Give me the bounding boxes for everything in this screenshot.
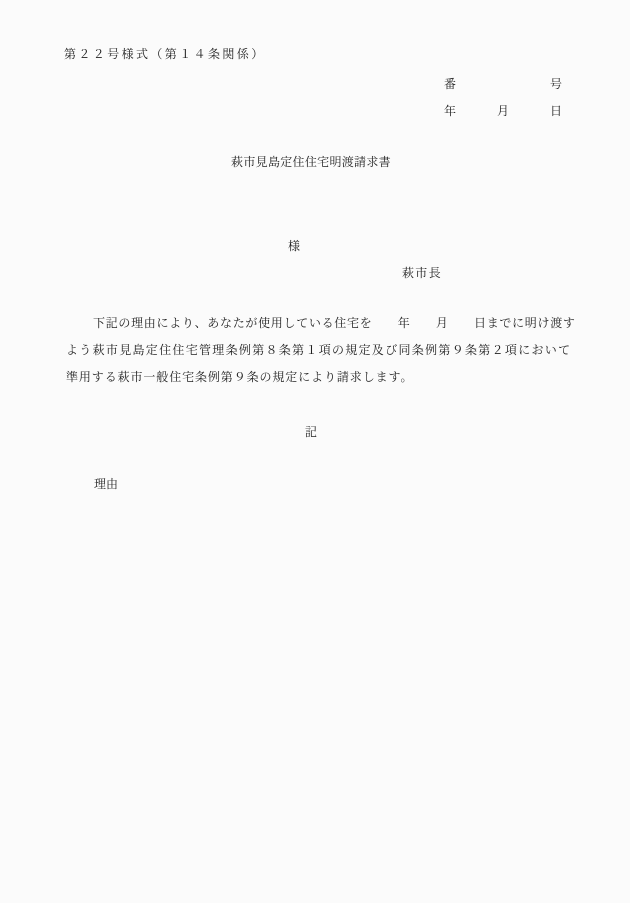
date-day-label: 日 [550,104,562,118]
body-paragraph-line-2: よう萩市見島定住住宅管理条例第８条第１項の規定及び同条例第９条第２項において [66,343,571,357]
reason-label: 理由 [94,477,118,491]
number-label: 番 [444,77,456,91]
body-paragraph-line-1: 下記の理由により、あなたが使用している住宅を 年 月 日までに明け渡す [93,316,576,330]
document-page: 第２２号様式（第１４条関係） 番 号 年 月 日 萩市見島定住住宅明渡請求書 様… [0,0,630,903]
body-paragraph-line-3: 準用する萩市一般住宅条例第９条の規定により請求します。 [66,370,413,384]
ki-heading: 記 [0,425,622,439]
date-year-label: 年 [444,104,456,118]
date-month-label: 月 [497,104,509,118]
sender-name: 萩市長 [402,266,442,280]
addressee-honorific: 様 [288,239,300,253]
form-number-note: 第２２号様式（第１４条関係） [64,47,266,61]
date-row: 年 月 日 [444,104,562,118]
number-suffix-label: 号 [550,77,562,91]
document-number-row: 番 号 [444,77,562,91]
document-title: 萩市見島定住住宅明渡請求書 [0,155,622,169]
